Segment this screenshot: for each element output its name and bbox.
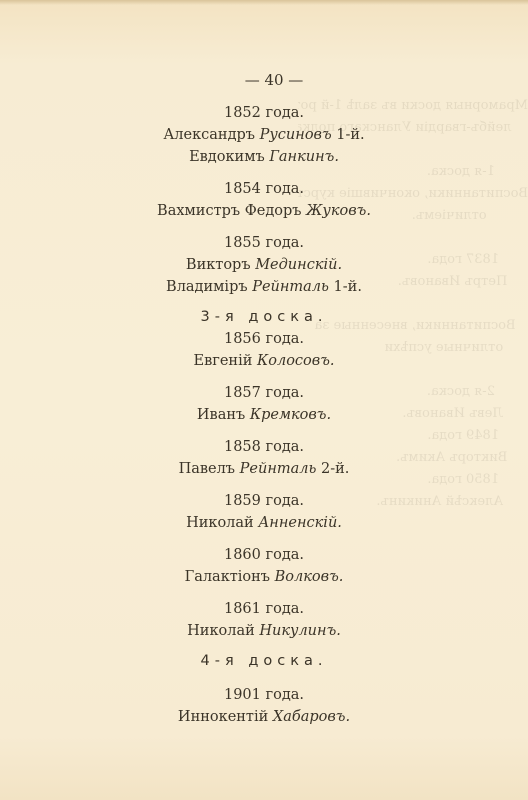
first-name: Иванъ — [197, 407, 245, 423]
entry-year: 1857 года. — [0, 382, 528, 404]
first-name: Николай — [187, 623, 255, 639]
entry-year: 1858 года. — [0, 436, 528, 458]
entry-year: 1859 года. — [0, 490, 528, 512]
first-name: Евгеній — [194, 353, 253, 369]
entry-year: 1861 года. — [0, 598, 528, 620]
entry-1859: 1859 года. Николай Анненскій. — [0, 490, 528, 534]
surname: Мединскій. — [255, 257, 342, 273]
section-heading-board-4: 4-я доска. — [0, 650, 528, 672]
person-name: Павелъ Рейнталь 2-й. — [0, 458, 528, 480]
first-name: Викторъ — [186, 257, 251, 273]
name-suffix: 2-й. — [321, 461, 349, 477]
surname: Волковъ. — [275, 569, 344, 585]
first-name: Галактіонъ — [185, 569, 270, 585]
person-name: Николай Анненскій. — [0, 512, 528, 534]
entry-1856: 1856 года. Евгеній Колосовъ. — [0, 328, 528, 372]
name-suffix: 1-й. — [336, 127, 364, 143]
first-name: Евдокимъ — [189, 149, 265, 165]
first-name: Николай — [186, 515, 254, 531]
surname: Колосовъ. — [257, 353, 334, 369]
page-text: — 40 — 1852 года. Александръ Русиновъ 1-… — [0, 68, 528, 728]
surname: Русиновъ — [260, 127, 332, 143]
surname: Кремковъ. — [250, 407, 331, 423]
person-name: Галактіонъ Волковъ. — [0, 566, 528, 588]
entry-1857: 1857 года. Иванъ Кремковъ. — [0, 382, 528, 426]
first-name: Александръ — [163, 127, 255, 143]
entry-1855: 1855 года. Викторъ Мединскій. Владиміръ … — [0, 232, 528, 298]
entry-1860: 1860 года. Галактіонъ Волковъ. — [0, 544, 528, 588]
first-name: Иннокентій — [178, 709, 268, 725]
entry-year: 1852 года. — [0, 102, 528, 124]
person-name: Евдокимъ Ганкинъ. — [0, 146, 528, 168]
entry-1858: 1858 года. Павелъ Рейнталь 2-й. — [0, 436, 528, 480]
entry-year: 1855 года. — [0, 232, 528, 254]
person-name: Владиміръ Рейнталь 1-й. — [0, 276, 528, 298]
person-name: Николай Никулинъ. — [0, 620, 528, 642]
name-suffix: 1-й. — [334, 279, 362, 295]
surname: Никулинъ. — [259, 623, 340, 639]
person-name: Вахмистръ Федоръ Жуковъ. — [0, 200, 528, 222]
scanned-book-page: Мраморныя доски въ залѣ 1-й роты лейбъ-г… — [0, 0, 528, 800]
person-name: Иннокентій Хабаровъ. — [0, 706, 528, 728]
surname: Ганкинъ. — [269, 149, 339, 165]
page-number: — 40 — — [20, 68, 528, 92]
entry-1861: 1861 года. Николай Никулинъ. — [0, 598, 528, 642]
section-heading-board-3: 3-я доска. — [0, 306, 528, 328]
surname: Анненскій. — [258, 515, 342, 531]
person-name: Александръ Русиновъ 1-й. — [0, 124, 528, 146]
surname: Рейнталь — [240, 461, 317, 477]
entry-year: 1860 года. — [0, 544, 528, 566]
first-name: Владиміръ — [166, 279, 248, 295]
surname: Жуковъ. — [306, 203, 371, 219]
surname: Хабаровъ. — [273, 709, 350, 725]
entry-1854: 1854 года. Вахмистръ Федоръ Жуковъ. — [0, 178, 528, 222]
surname: Рейнталь — [252, 279, 329, 295]
entry-1852: 1852 года. Александръ Русиновъ 1-й. Евдо… — [0, 102, 528, 168]
person-name: Евгеній Колосовъ. — [0, 350, 528, 372]
person-name: Иванъ Кремковъ. — [0, 404, 528, 426]
entry-year: 1856 года. — [0, 328, 528, 350]
person-name: Викторъ Мединскій. — [0, 254, 528, 276]
entry-1901: 1901 года. Иннокентій Хабаровъ. — [0, 684, 528, 728]
first-name: Павелъ — [179, 461, 235, 477]
first-name: Вахмистръ Федоръ — [157, 203, 301, 219]
entry-year: 1854 года. — [0, 178, 528, 200]
entry-year: 1901 года. — [0, 684, 528, 706]
